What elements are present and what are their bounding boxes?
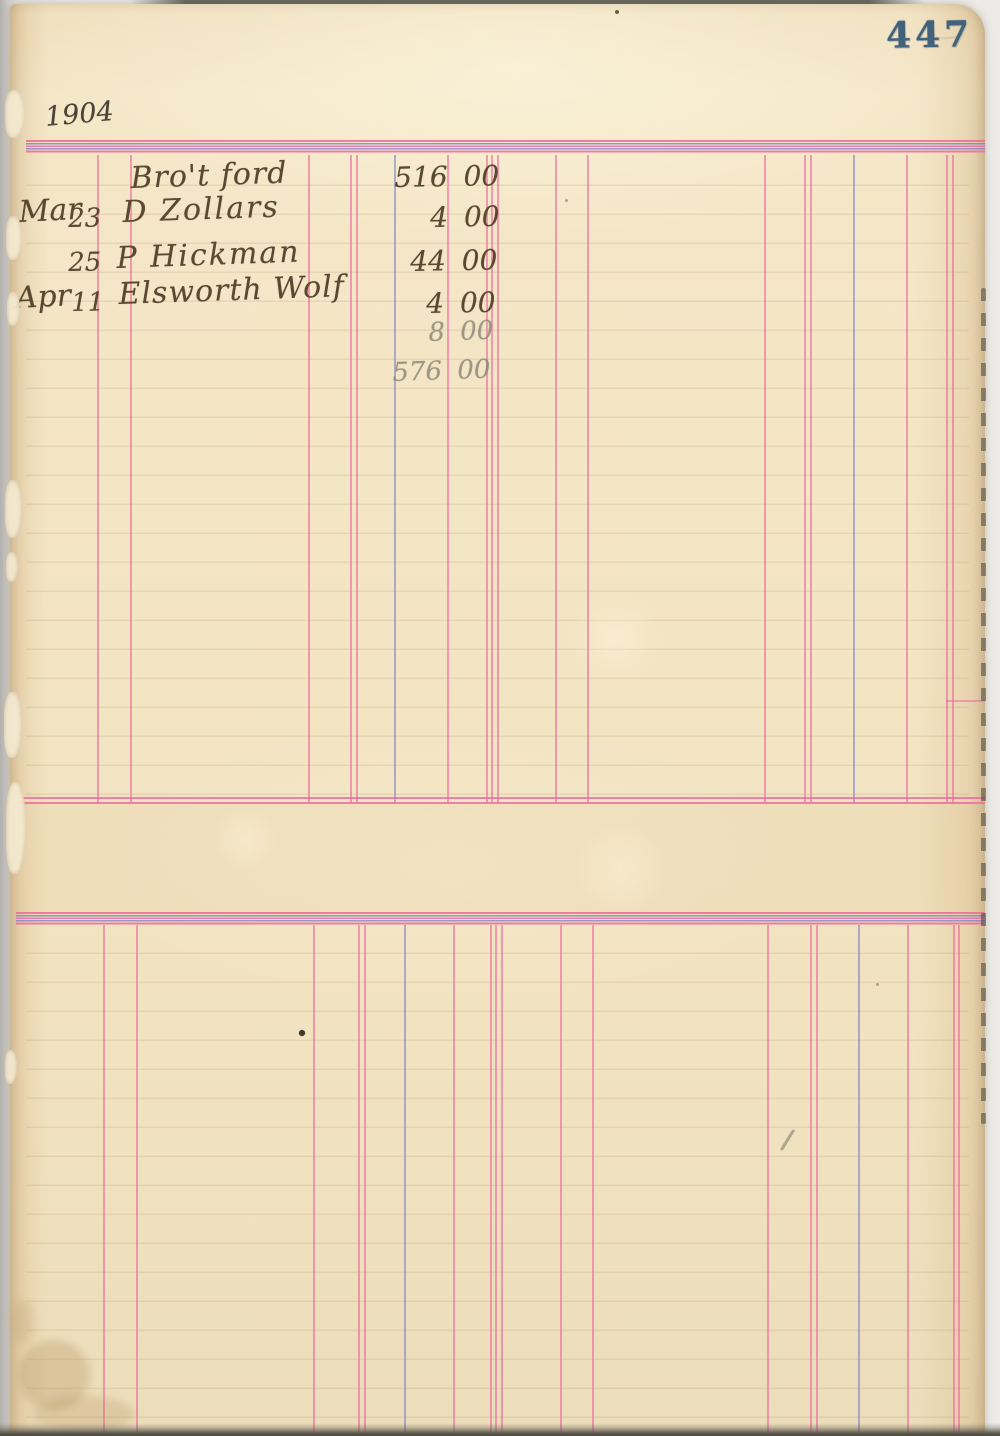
ruling-line-vertical (501, 925, 503, 1436)
ruling-line-vertical (953, 925, 955, 1436)
paper-stain (12, 1300, 34, 1344)
paper-watermark (570, 824, 670, 914)
paper-watermark (210, 809, 280, 869)
scan-edge-top (130, 0, 925, 4)
year-label: 1904 (44, 98, 115, 131)
paper-watermark (570, 594, 660, 684)
book-page-edges (981, 288, 986, 1124)
feint-ruling-lower (26, 925, 969, 1436)
ruling-line-vertical (394, 155, 396, 803)
ruling-footer-band-upper (18, 797, 985, 804)
paper-speck (876, 983, 879, 986)
entry-day: 23 (68, 205, 102, 232)
ruling-line-vertical (907, 925, 909, 1436)
ruling-line-vertical (495, 925, 497, 1436)
torn-edge-chip (5, 1050, 17, 1084)
middle-unruled-band (10, 803, 985, 913)
entry-amount: 44 00 (410, 246, 498, 276)
ruling-line-vertical (560, 925, 562, 1436)
ruling-line-vertical (816, 925, 818, 1436)
ruling-line-vertical (497, 155, 499, 803)
torn-edge-chip (6, 552, 18, 582)
entry-description: D Zollars (122, 193, 280, 228)
ledger-paper: 447 1904 Bro't ford 516 00 Mar 23 D Zoll… (10, 4, 985, 1436)
torn-edge-chip (4, 692, 22, 758)
ruling-header-band-lower (16, 912, 985, 925)
entry-amount: 4 00 (426, 289, 496, 318)
torn-edge-chip (5, 480, 22, 538)
ruling-line-vertical (946, 155, 948, 803)
ruling-line-vertical (350, 155, 352, 803)
entry-amount-pencil: 8 00 (428, 318, 494, 346)
ruling-line-vertical (356, 155, 358, 803)
torn-edge-chip (5, 90, 25, 138)
ruling-line-vertical (853, 155, 855, 803)
paper-speck (615, 10, 619, 14)
entry-description: Elsworth Wolf (118, 272, 345, 310)
ruling-line-vertical (136, 925, 138, 1436)
ruling-line-vertical (587, 155, 589, 803)
ruling-line-vertical (308, 155, 310, 803)
ruling-line-vertical (810, 155, 812, 803)
ruling-line-vertical (906, 155, 908, 803)
entry-amount: 516 00 (394, 162, 499, 192)
ruling-line-vertical (804, 155, 806, 803)
ruling-line-vertical (767, 925, 769, 1436)
ruling-line-vertical (952, 155, 954, 803)
torn-edge-chip (6, 216, 22, 260)
ruling-line-vertical (358, 925, 360, 1436)
paper-speck (565, 199, 568, 202)
ruling-line-vertical (555, 155, 557, 803)
ruling-header-band-upper (26, 140, 985, 153)
entry-day: 11 (71, 289, 105, 316)
ruling-line-vertical (764, 155, 766, 803)
entry-amount-pencil: 576 00 (392, 357, 491, 386)
scan-edge-bottom (0, 1423, 1000, 1436)
ruling-line-vertical (453, 925, 455, 1436)
ruling-line-vertical (810, 925, 812, 1436)
entry-month: Apr (15, 281, 72, 314)
ruling-line-vertical (592, 925, 594, 1436)
ruling-line-vertical (313, 925, 315, 1436)
scanned-ledger-page: 447 1904 Bro't ford 516 00 Mar 23 D Zoll… (0, 0, 1000, 1436)
ruling-line-horizontal (946, 700, 985, 702)
ruling-line-vertical (958, 925, 960, 1436)
entry-day: 25 (68, 249, 102, 276)
entry-amount: 4 00 (430, 203, 500, 232)
ruling-line-vertical (364, 925, 366, 1436)
entry-description: P Hickman (116, 238, 301, 274)
torn-edge-chip (7, 292, 20, 326)
ruling-line-vertical (490, 925, 492, 1436)
ruling-line-vertical (404, 925, 406, 1436)
ink-blot (299, 1030, 305, 1036)
ruling-line-vertical (858, 925, 860, 1436)
ruling-line-vertical (103, 925, 105, 1436)
entry-description: Bro't ford (130, 159, 288, 194)
